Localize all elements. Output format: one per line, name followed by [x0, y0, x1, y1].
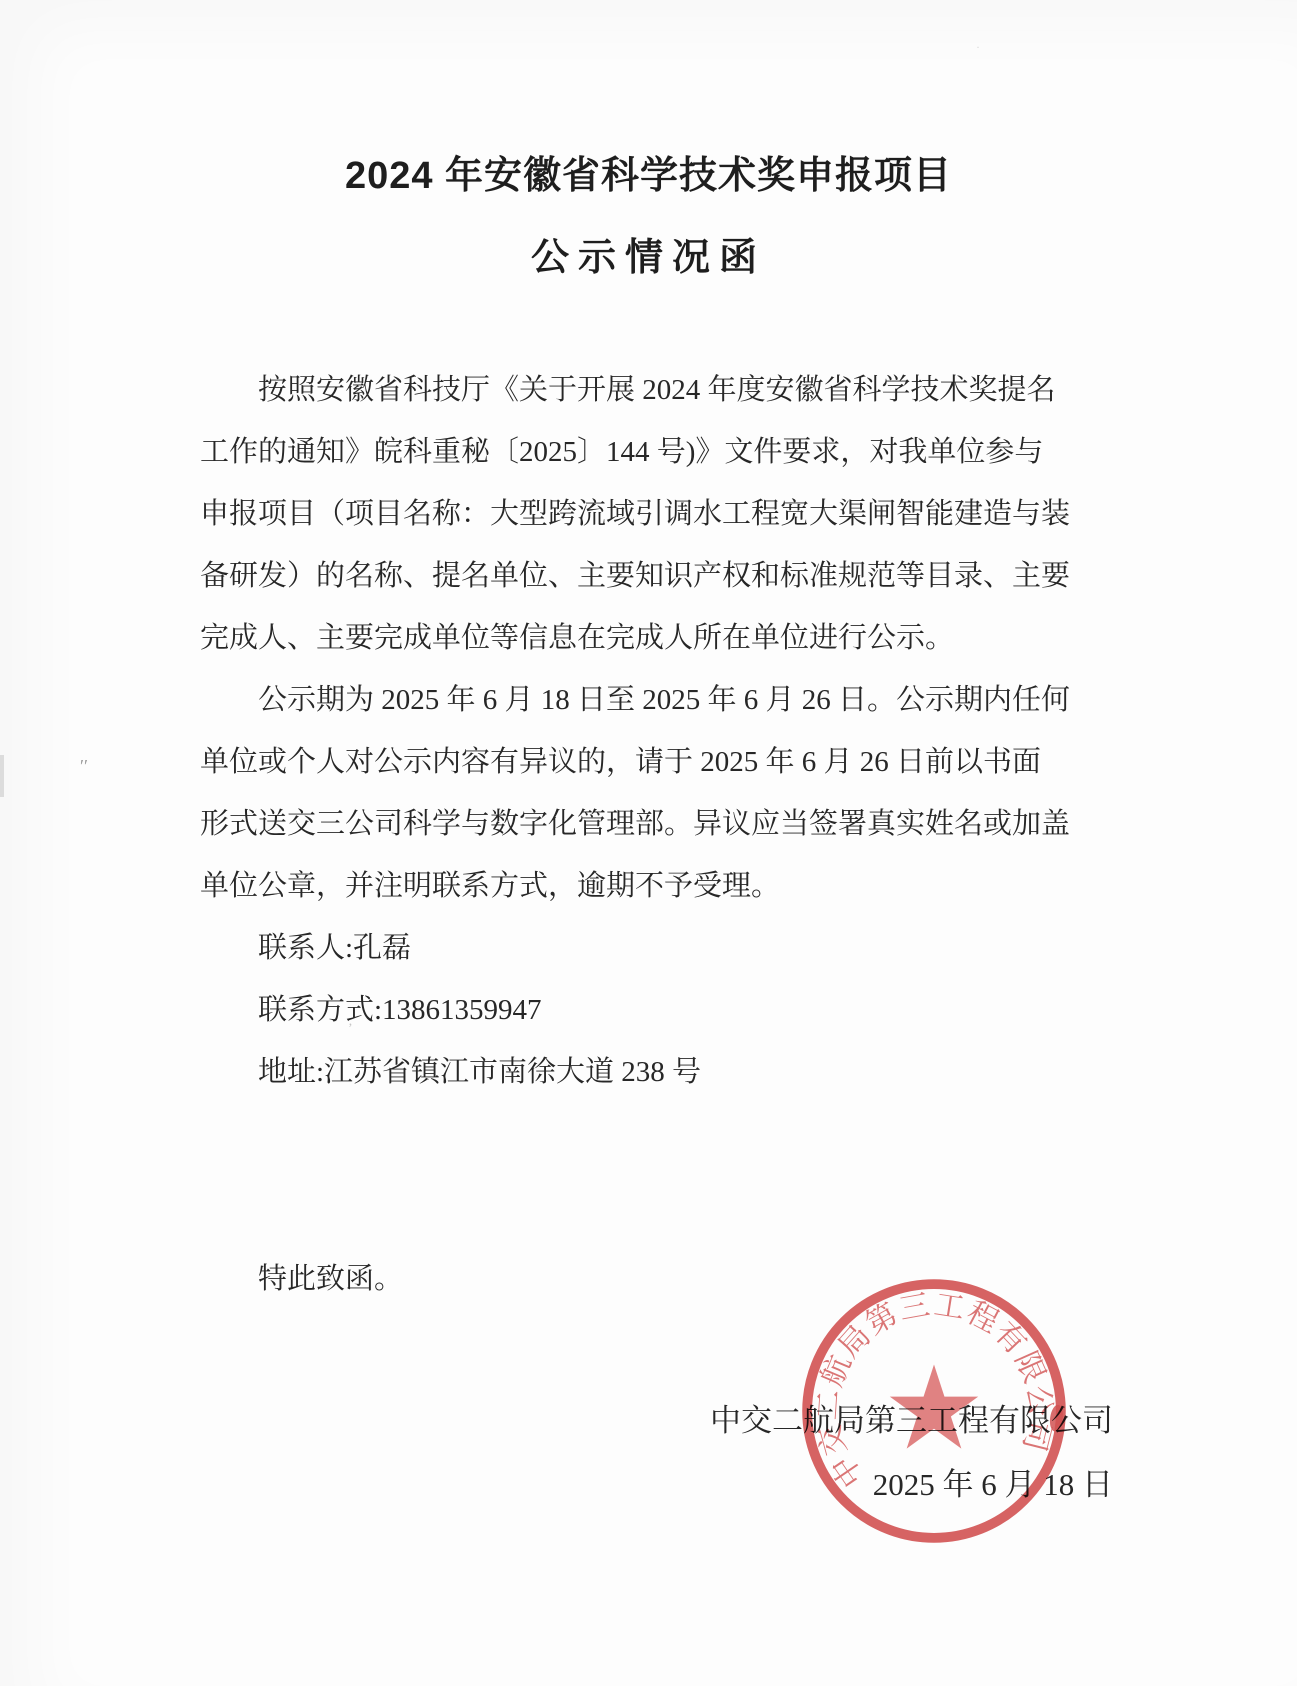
- paragraph-publicity-period: 公示期为 2025 年 6 月 18 日至 2025 年 6 月 26 日。公示…: [200, 669, 1100, 917]
- contact-phone-line: 联系方式:13861359947: [200, 979, 1100, 1041]
- contact-address-line: 地址:江苏省镇江市南徐大道 238 号: [200, 1041, 1100, 1103]
- scan-noise-mark: ‚: [348, 1014, 353, 1030]
- letter-body: 按照安徽省科技厅《关于开展 2024 年度安徽省科学技术奖提名 工作的通知》皖科…: [200, 359, 1100, 1310]
- paragraph-notice: 按照安徽省科技厅《关于开展 2024 年度安徽省科学技术奖提名 工作的通知》皖科…: [200, 359, 1100, 669]
- scanned-letter-page: 2024 年安徽省科学技术奖申报项目 公示情况函 按照安徽省科技厅《关于开展 2…: [0, 0, 1297, 1686]
- scan-noise-mark: ′′: [80, 756, 88, 777]
- scan-edge-artifact: [0, 755, 4, 797]
- document-title-line2: 公示情况函: [0, 232, 1297, 284]
- company-seal-stamp: 中交二航局第三工程有限公司: [800, 1277, 1068, 1545]
- document-title-line1: 2024 年安徽省科学技术奖申报项目: [0, 150, 1297, 202]
- scan-noise-mark: ·: [976, 40, 980, 55]
- contact-person-line: 联系人:孔磊: [200, 917, 1100, 979]
- seal-star-icon: [890, 1365, 978, 1449]
